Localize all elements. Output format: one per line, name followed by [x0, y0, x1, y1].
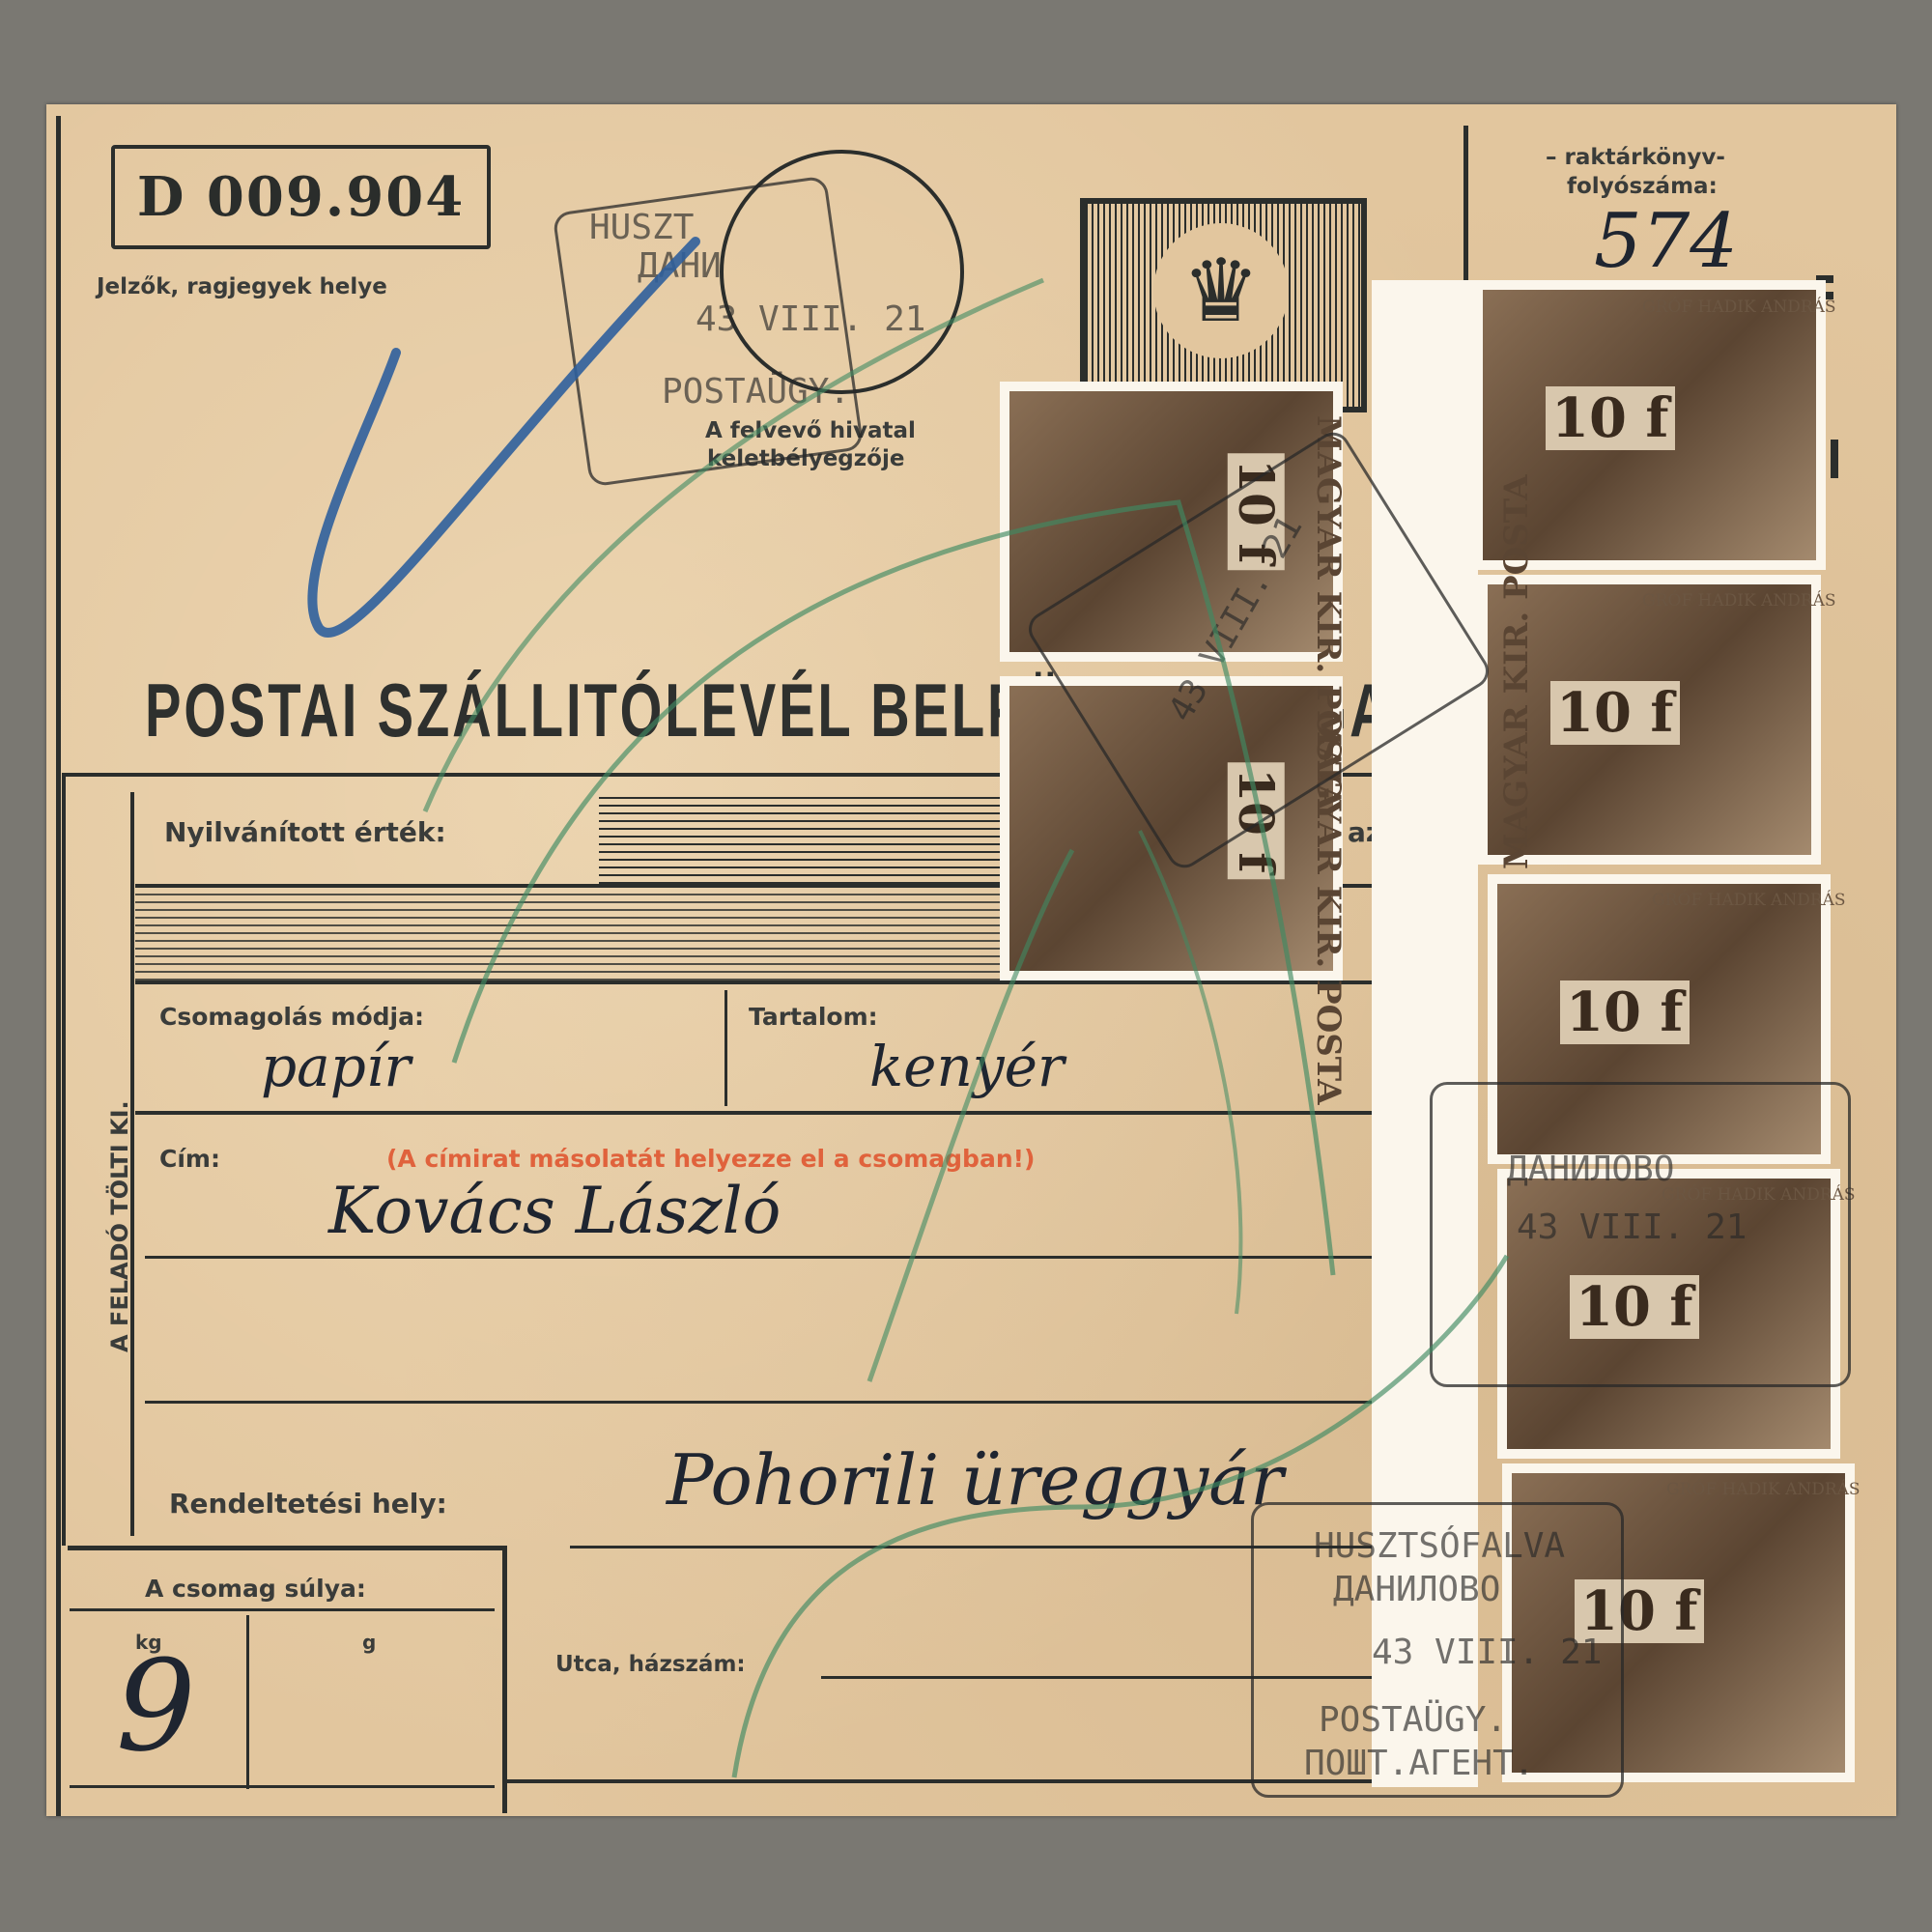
left-border-line — [56, 116, 61, 1816]
address-line-3 — [145, 1401, 1410, 1404]
receipt-book-number: 574 — [1594, 198, 1738, 285]
street-label: Utca, házszám: — [555, 1652, 746, 1677]
contents-value: kenyér — [869, 1034, 1065, 1099]
crown-indicium: ♛ — [1080, 198, 1367, 412]
destination-label: Rendeltetési hely: — [169, 1488, 447, 1520]
crown-icon: ♛ — [1153, 223, 1289, 358]
sender-fills-label: A FELADÓ TÖLTI KI. — [106, 1100, 133, 1352]
postmark-text: POSTAÜGY. — [662, 372, 850, 412]
postmark-date: 43 VIII. 21 — [1517, 1207, 1747, 1247]
stamp-denomination: 10 f — [1546, 386, 1675, 450]
right-column-divider — [1463, 126, 1468, 280]
address-line-2 — [145, 1256, 1410, 1259]
stamp-subject: GRÓF HADIK ANDRÁS — [1642, 591, 1836, 611]
stamp-subject: GRÓF HADIK ANDRÁS — [1642, 298, 1836, 317]
margin-tick — [1831, 440, 1838, 478]
receipt-book-label-1: – raktárkönyv- — [1546, 145, 1725, 170]
packaging-line-top — [135, 980, 1410, 984]
postmark-text: HUSZT — [589, 208, 694, 247]
weight-divider — [246, 1615, 249, 1789]
contents-label: Tartalom: — [749, 1003, 878, 1031]
stamp-denomination: 10 f — [1560, 980, 1690, 1044]
weight-bottom — [70, 1785, 495, 1788]
postmark-text: POSTAÜGY. — [1319, 1700, 1507, 1740]
weight-label: A csomag súlya: — [145, 1575, 366, 1603]
address-line-top — [135, 1111, 1410, 1115]
postmark-text: ДАНИЛОВО — [1333, 1570, 1500, 1609]
postmark-date: 43 VIII. 21 — [1372, 1633, 1602, 1672]
packaging-value: papír — [261, 1034, 411, 1099]
postmark-date: 43 VIII. 21 — [696, 299, 925, 339]
weight-g-label: g — [362, 1631, 376, 1654]
declared-value-label: Nyilvánított érték: — [164, 816, 446, 848]
stamp-denomination: 10 f — [1550, 681, 1680, 745]
postmark-text: ДАНИ — [638, 246, 722, 286]
serial-number: D 009.904 — [137, 165, 465, 229]
marks-place-label: Jelzők, ragjegyek helye — [97, 274, 387, 299]
serial-box: D 009.904 — [111, 145, 491, 249]
postmark-text: HUSZTSÓFALVA — [1314, 1526, 1565, 1566]
address-note: (A címirat másolatát helyezze el a csoma… — [386, 1145, 1035, 1173]
receipt-book-label-2: folyószáma: — [1567, 174, 1718, 199]
packaging-label: Csomagolás módja: — [159, 1003, 424, 1031]
weight-kg-value: 9 — [116, 1633, 196, 1779]
postmark-text: ДАНИЛОВО — [1507, 1150, 1674, 1189]
destination-value: Pohorili üreggyár — [667, 1439, 1284, 1520]
stamp-subject: GRÓF HADIK ANDRÁS — [1652, 891, 1846, 910]
declared-value-hatched — [599, 792, 1005, 884]
sender-column-left — [62, 773, 66, 1546]
weight-header-line — [70, 1608, 495, 1611]
packaging-divider — [724, 990, 727, 1106]
hatched-strip — [135, 889, 1005, 980]
postmark-text: ПОШТ.АГЕНТ. — [1304, 1744, 1534, 1783]
address-name: Kovács László — [328, 1174, 781, 1248]
stamp-country: MAGYAR KIR. POSTA — [1497, 474, 1536, 869]
stamp-subject: GRÓF HADIK ANDRÁS — [1666, 1480, 1861, 1499]
address-label: Cím: — [159, 1145, 220, 1173]
